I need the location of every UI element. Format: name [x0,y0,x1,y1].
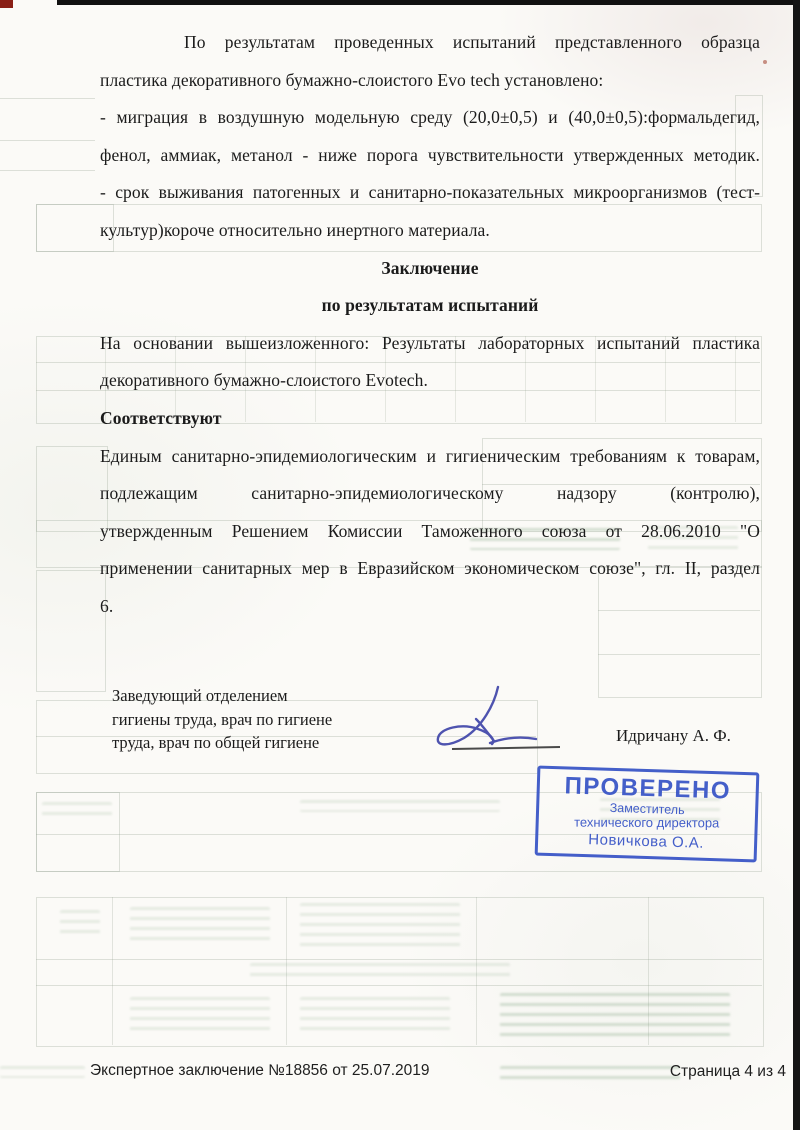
bleedthrough-line [0,140,95,141]
footer-page-number: Страница 4 из 4 [670,1063,786,1081]
text-line: применении санитарных мер в Евразийском … [100,550,760,588]
bleedthrough-text [0,1066,85,1078]
bleedthrough-line [598,654,760,655]
bleedthrough-text [500,1066,680,1080]
text-line: 6. [100,588,760,626]
bleedthrough-line [112,897,113,1045]
bleedthrough-text [130,907,270,947]
text-line: - миграция в воздушную модельную среду (… [100,99,760,137]
bleedthrough-text [250,963,510,977]
text-line: По результатам проведенных испытаний пре… [100,24,760,62]
approval-stamp: ПРОВЕРЕНО Заместитель технического дирек… [535,766,760,863]
bleedthrough-text [42,802,112,818]
text-line: утвержденным Решением Комиссии Таможенно… [100,513,760,551]
scanned-document-page: По результатам проведенных испытаний пре… [0,0,800,1130]
stamp-subtitle: технического директора [539,815,755,830]
bleedthrough-text [300,903,460,953]
text-line: гигиены труда, врач по гигиене [112,708,332,732]
text-line: подлежащим санитарно-эпидемиологическому… [100,475,760,513]
document-body-text: По результатам проведенных испытаний пре… [100,24,760,626]
footer-document-number: Экспертное заключение №18856 от 25.07.20… [90,1062,430,1080]
bleedthrough-text [300,997,450,1035]
text-line: культур)короче относительно инертного ма… [100,212,760,250]
text-line: Заключение [100,250,760,288]
text-line: фенол, аммиак, метанол - ниже порога чув… [100,137,760,175]
bleedthrough-line [36,959,762,960]
bleedthrough-line [0,98,95,99]
text-line: труда, врач по общей гигиене [112,731,332,755]
signatory-name: Идричану А. Ф. [616,726,731,746]
text-line: пластика декоративного бумажно-слоистого… [100,62,760,100]
bleedthrough-text [500,993,730,1043]
text-line: Заведующий отделением [112,684,332,708]
handwritten-signature [420,683,560,755]
bleedthrough-text [60,910,100,934]
bleedthrough-text [130,997,270,1035]
bleedthrough-line [36,985,762,986]
text-line: Единым санитарно-эпидемиологическим и ги… [100,438,760,476]
bleedthrough-cell [36,570,106,692]
signature-role-title: Заведующий отделениемгигиены труда, врач… [112,684,332,755]
text-line: - срок выживания патогенных и санитарно-… [100,174,760,212]
text-line: по результатам испытаний [100,287,760,325]
text-line: На основании вышеизложенного: Результаты… [100,325,760,363]
text-line: декоративного бумажно-слоистого Evotech. [100,362,760,400]
bleedthrough-line [0,170,95,171]
text-line: Соответствуют [100,400,760,438]
stamp-name: Новичкова О.А. [538,830,754,854]
bleedthrough-text [300,800,500,812]
